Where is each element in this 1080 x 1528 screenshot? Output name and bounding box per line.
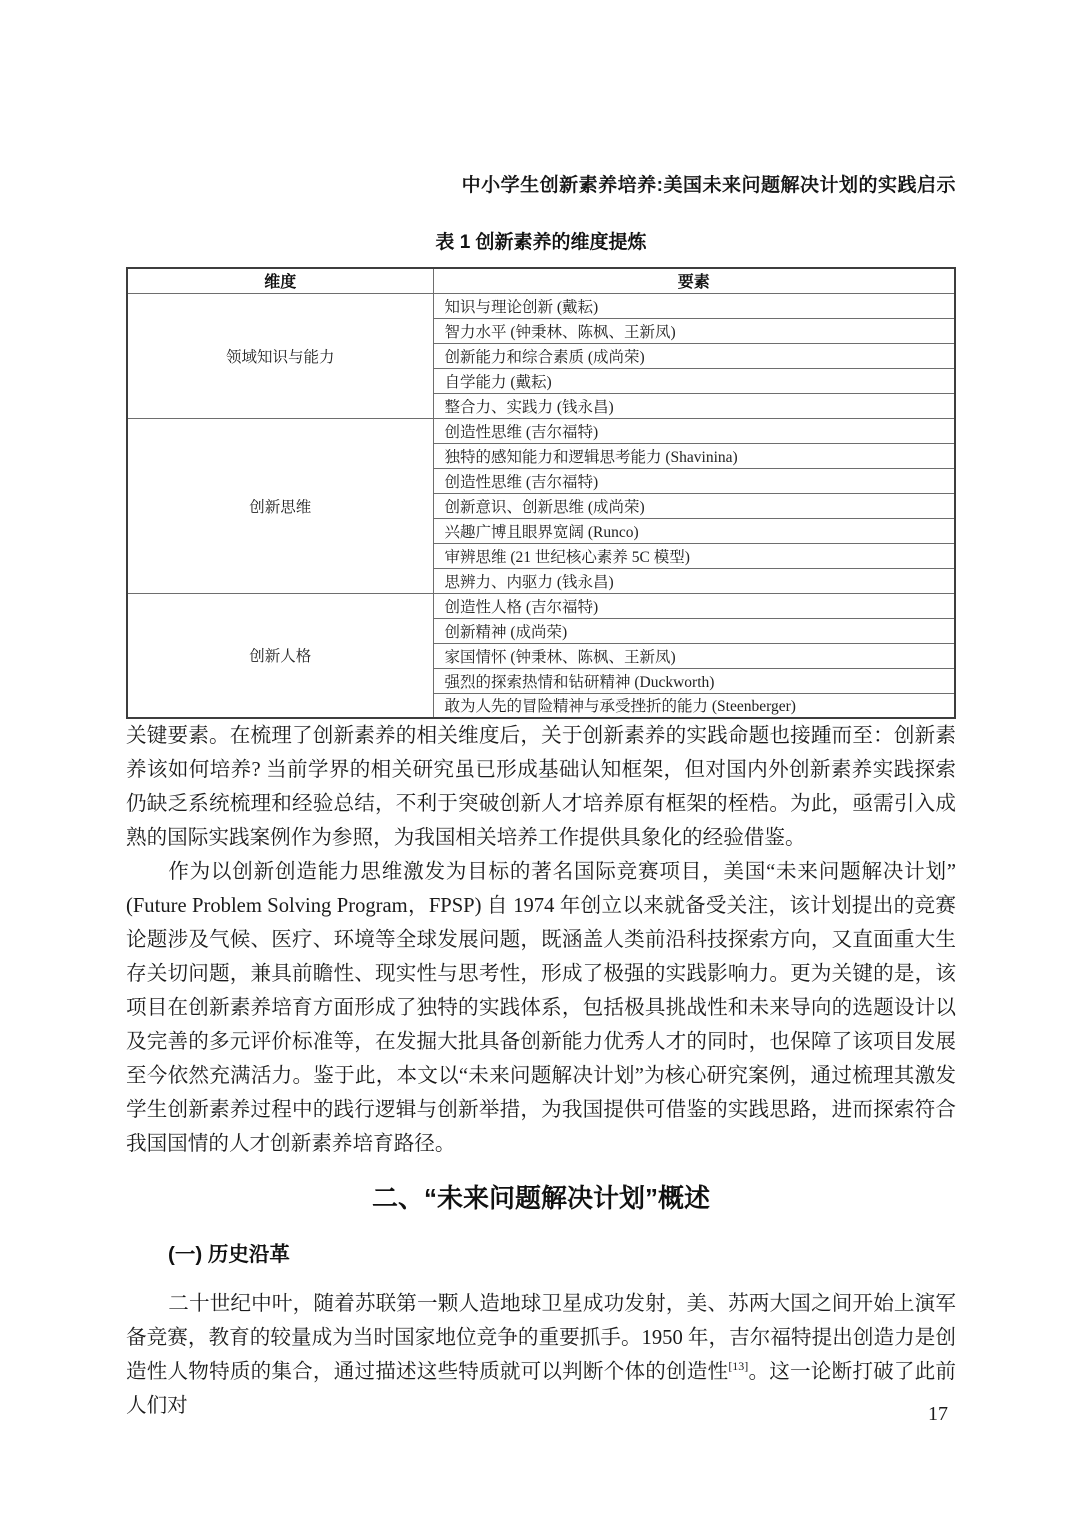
dimension-cell-knowledge: 领域知识与能力 [127, 293, 433, 418]
journal-page: 中小学生创新素养培养:美国未来问题解决计划的实践启示 表 1 创新素养的维度提炼… [0, 0, 1080, 1528]
table-header-row: 维度 要素 [127, 268, 955, 293]
element-cell: 强烈的探索热情和钻研精神 (Duckworth) [433, 668, 955, 693]
paragraph-continuation: 关键要素。在梳理了创新素养的相关维度后，关于创新素养的实践命题也接踵而至：创新素… [126, 719, 956, 855]
section-heading: 二、“未来问题解决计划”概述 [126, 1178, 956, 1215]
table-caption: 表 1 创新素养的维度提炼 [126, 227, 956, 254]
element-cell: 创造性思维 (吉尔福特) [433, 468, 955, 493]
element-cell: 创新精神 (成尚荣) [433, 618, 955, 643]
dimension-table: 维度 要素 领域知识与能力 知识与理论创新 (戴耘) 智力水平 (钟秉林、陈枫、… [126, 267, 956, 719]
table-row: 领域知识与能力 知识与理论创新 (戴耘) [127, 293, 955, 318]
element-cell: 知识与理论创新 (戴耘) [433, 293, 955, 318]
table-row: 创新人格 创造性人格 (吉尔福特) [127, 593, 955, 618]
table-row: 创新思维 创造性思维 (吉尔福特) [127, 418, 955, 443]
body-text: 关键要素。在梳理了创新素养的相关维度后，关于创新素养的实践命题也接踵而至：创新素… [126, 719, 956, 1423]
dimension-cell-thinking: 创新思维 [127, 418, 433, 593]
page-number: 17 [928, 1403, 948, 1426]
paragraph-fpsp-intro: 作为以创新创造能力思维激发为目标的著名国际竞赛项目，美国“未来问题解决计划”(F… [126, 855, 956, 1161]
element-cell: 自学能力 (戴耘) [433, 368, 955, 393]
element-cell: 创新意识、创新思维 (成尚荣) [433, 493, 955, 518]
page-content: 中小学生创新素养培养:美国未来问题解决计划的实践启示 表 1 创新素养的维度提炼… [126, 0, 956, 1423]
element-cell: 整合力、实践力 (钱永昌) [433, 393, 955, 418]
subsection-heading-history: (一) 历史沿革 [126, 1237, 956, 1267]
column-header-element: 要素 [433, 268, 955, 293]
running-header: 中小学生创新素养培养:美国未来问题解决计划的实践启示 [126, 0, 956, 197]
element-cell: 思辨力、内驱力 (钱永昌) [433, 568, 955, 593]
citation-reference: [13] [728, 1359, 748, 1373]
element-cell: 独特的感知能力和逻辑思考能力 (Shavinina) [433, 443, 955, 468]
column-header-dimension: 维度 [127, 268, 433, 293]
element-cell: 兴趣广博且眼界宽阔 (Runco) [433, 518, 955, 543]
element-cell: 创新能力和综合素质 (成尚荣) [433, 343, 955, 368]
element-cell: 创造性思维 (吉尔福特) [433, 418, 955, 443]
element-cell: 智力水平 (钟秉林、陈枫、王新凤) [433, 318, 955, 343]
element-cell: 敢为人先的冒险精神与承受挫折的能力 (Steenberger) [433, 693, 955, 718]
element-cell: 创造性人格 (吉尔福特) [433, 593, 955, 618]
dimension-cell-personality: 创新人格 [127, 593, 433, 718]
paragraph-history: 二十世纪中叶，随着苏联第一颗人造地球卫星成功发射，美、苏两大国之间开始上演军备竞… [126, 1287, 956, 1423]
element-cell: 家国情怀 (钟秉林、陈枫、王新凤) [433, 643, 955, 668]
element-cell: 审辨思维 (21 世纪核心素养 5C 模型) [433, 543, 955, 568]
